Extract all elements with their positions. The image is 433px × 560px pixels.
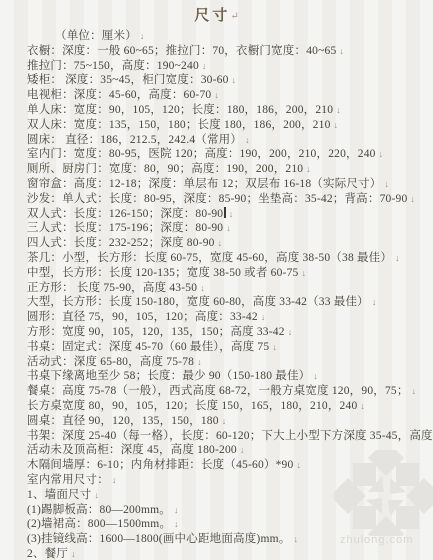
line-break-mark-icon: ↓ bbox=[202, 61, 207, 71]
dimension-line-text: 三人式：长度：175-196；深度：80-90 bbox=[27, 222, 223, 234]
dimension-line: 方形：宽度 90，105，120，135，150；高度 33-42↓ bbox=[27, 325, 433, 340]
document-body: （单位：厘米）↓衣橱：深度：一般 60~65；推拉门：70，衣橱门宽度：40~6… bbox=[27, 29, 433, 560]
dimension-line-text: 书桌：固定式：深度 45-70（60 最佳），高度 75 bbox=[27, 341, 269, 353]
dimension-line: 推拉门：75~150，高度：190~240↓ bbox=[27, 59, 433, 74]
line-break-mark-icon: ↓ bbox=[360, 401, 365, 411]
dimension-line-text: 餐桌：高度 75-78（一般），西式高度 68-72，一般方桌宽度 120，90… bbox=[27, 385, 409, 397]
dimension-line: 圆床： 直径：186，212.5，242.4（常用）↓ bbox=[27, 133, 433, 148]
dimension-line: 室内常用尺寸：↓ bbox=[27, 473, 433, 488]
dimension-line: 双人式：长度：126-150；深度：80-90↓ bbox=[27, 207, 433, 222]
dimension-line-text: 活动式：深度 65-80，高度 75-78 bbox=[27, 356, 194, 368]
dimension-line: 木隔间墙厚：6-10；内角材排距：长度（45-60）*90↓ bbox=[27, 458, 433, 473]
line-break-mark-icon: ↓ bbox=[261, 312, 266, 322]
dimension-line: 圆桌：直径 90，120，135，150，180↓ bbox=[27, 414, 433, 429]
dimension-line: 餐桌：高度 75-78（一般），西式高度 68-72，一般方桌宽度 120，90… bbox=[27, 384, 433, 399]
dimension-line-text: 单人床：宽度：90，105，120；长度：180，186，200，210 bbox=[27, 104, 333, 116]
dimension-line-text: 方形：宽度 90，105，120，135，150；高度 33-42 bbox=[27, 326, 285, 338]
dimension-line-text: 中型，长方形：长度 120-135；宽度 38-50 或者 60-75 bbox=[27, 267, 299, 279]
dimension-line: 活动未及顶高柜：深度 45，高度 180-200↓ bbox=[27, 443, 433, 458]
line-break-mark-icon: ↓ bbox=[306, 164, 311, 174]
dimension-line-text: 双人式：长度：126-150；深度：80-90 bbox=[27, 208, 223, 220]
dimension-line-text: 2、餐厅 bbox=[27, 548, 68, 560]
line-break-mark-icon: ↓ bbox=[229, 209, 234, 219]
dimension-line-text: 茶几：小型，长方形：长度 60-75，宽度 45-60，高度 38-50（38 … bbox=[27, 252, 392, 264]
dimension-line: 四人式：长度：232-252；深度 80-90↓ bbox=[27, 236, 433, 251]
dimension-line-text: 正方形： 长度 75-90，高度 43-50 bbox=[27, 282, 197, 294]
line-break-mark-icon: ↓ bbox=[222, 416, 227, 426]
dimension-line-text: 室内门：宽度：80-95，医院 120；高度：190，200，210，220，2… bbox=[27, 148, 376, 160]
dimension-line-text: (2)墙裙高：800—1500mm。 bbox=[27, 518, 171, 530]
line-break-mark-icon: ↓ bbox=[410, 194, 415, 204]
line-break-mark-icon: ↓ bbox=[218, 238, 223, 248]
dimension-line-text: 活动未及顶高柜：深度 45，高度 180-200 bbox=[27, 444, 237, 456]
dimension-line: 三人式：长度：175-196；深度：80-90↓ bbox=[27, 221, 433, 236]
dimension-line-text: （单位：厘米） bbox=[55, 30, 137, 42]
dimension-line-text: 书架：深度 25-40（每一格），长度：60-120；下大上小型下方深度 35-… bbox=[27, 430, 433, 442]
dimension-line: (3)挂镜线高：1600—1800(画中心距地面高度)mm。↓ bbox=[27, 532, 433, 547]
dimension-line: 沙发：单人式：长度：80-95，深度：85-90；坐垫高：35-42；背高：70… bbox=[27, 192, 433, 207]
line-break-mark-icon: ↓ bbox=[240, 445, 245, 455]
line-break-mark-icon: ↓ bbox=[334, 120, 339, 130]
line-break-mark-icon: ↓ bbox=[112, 475, 117, 485]
dimension-line-text: 厕所、厨房门：宽度：80，90；高度：190，200，210 bbox=[27, 163, 303, 175]
dimension-line: 大型，长方形：长度 150-180，宽度 60-80，高度 33-42（33 最… bbox=[27, 295, 433, 310]
line-break-mark-icon: ↓ bbox=[140, 31, 145, 41]
page-title-text: 尺寸 bbox=[194, 8, 230, 24]
dimension-line-text: 圆床： 直径：186，212.5，242.4（常用） bbox=[27, 134, 242, 146]
line-break-mark-icon: ↓ bbox=[412, 386, 417, 396]
dimension-line: (1)踢脚板高：80—200mm。↓ bbox=[27, 503, 433, 518]
dimension-line: 矮柜： 深度：35~45，柜门宽度：30-60↓ bbox=[27, 73, 433, 88]
dimension-line: 窗帘盒：高度：12-18；深度：单层布 12；双层布 16-18（实际尺寸）↓ bbox=[27, 177, 433, 192]
dimension-line-text: 长方桌宽度 80，90，105，120；长度 150，165，180，210，2… bbox=[27, 400, 357, 412]
dimension-line-text: 1、墙面尺寸 bbox=[27, 489, 91, 501]
line-break-mark-icon: ↓ bbox=[288, 327, 293, 337]
dimension-line: 书桌下缘离地至少 58；长度：最少 90（150-180 最佳）↓ bbox=[27, 369, 433, 384]
line-break-mark-icon: ↓ bbox=[336, 105, 341, 115]
document-page: 尺寸↵ （单位：厘米）↓衣橱：深度：一般 60~65；推拉门：70，衣橱门宽度：… bbox=[0, 0, 433, 560]
line-break-mark-icon: ↓ bbox=[174, 505, 179, 515]
dimension-line-text: 电视柜：深度：45-60，高度：60-70 bbox=[27, 89, 211, 101]
line-break-mark-icon: ↓ bbox=[94, 490, 99, 500]
dimension-line: 茶几：小型，长方形：长度 60-75，宽度 45-60，高度 38-50（38 … bbox=[27, 251, 433, 266]
line-break-mark-icon: ↓ bbox=[293, 534, 298, 544]
text-cursor bbox=[224, 207, 226, 218]
dimension-line-text: 衣橱：深度：一般 60~65；推拉门：70，衣橱门宽度：40~65 bbox=[27, 45, 336, 57]
line-break-mark-icon: ↓ bbox=[200, 283, 205, 293]
dimension-line: 活动式：深度 65-80，高度 75-78↓ bbox=[27, 355, 433, 370]
dimension-line-text: 圆桌：直径 90，120，135，150，180 bbox=[27, 415, 219, 427]
line-break-mark-icon: ↓ bbox=[174, 519, 179, 529]
dimension-line: 双人床：宽度：135，150，180；长度 180，186，200，210↓ bbox=[27, 118, 433, 133]
dimension-line: 正方形： 长度 75-90，高度 43-50↓ bbox=[27, 281, 433, 296]
dimension-line-text: 推拉门：75~150，高度：190~240 bbox=[27, 60, 199, 72]
line-break-mark-icon: ↓ bbox=[395, 253, 400, 263]
dimension-line: 中型，长方形：长度 120-135；宽度 38-50 或者 60-75↓ bbox=[27, 266, 433, 281]
dimension-line: （单位：厘米）↓ bbox=[27, 29, 433, 44]
line-break-mark-icon: ↓ bbox=[197, 357, 202, 367]
dimension-line: 2、餐厅↓ bbox=[27, 547, 433, 560]
paragraph-mark-icon: ↵ bbox=[230, 11, 238, 22]
line-break-mark-icon: ↓ bbox=[302, 268, 307, 278]
line-break-mark-icon: ↓ bbox=[372, 297, 377, 307]
line-break-mark-icon: ↓ bbox=[313, 371, 318, 381]
dimension-line: 1、墙面尺寸↓ bbox=[27, 488, 433, 503]
dimension-line-text: 矮柜： 深度：35~45，柜门宽度：30-60 bbox=[27, 74, 229, 86]
line-break-mark-icon: ↓ bbox=[272, 342, 277, 352]
dimension-line-text: 沙发：单人式：长度：80-95，深度：85-90；坐垫高：35-42；背高：70… bbox=[27, 193, 407, 205]
line-break-mark-icon: ↓ bbox=[71, 549, 76, 559]
dimension-line: 电视柜：深度：45-60，高度：60-70↓ bbox=[27, 88, 433, 103]
dimension-line-text: 圆形：直径 75，90，105，120；高度：33-42 bbox=[27, 311, 258, 323]
dimension-line: 圆形：直径 75，90，105，120；高度：33-42↓ bbox=[27, 310, 433, 325]
line-break-mark-icon: ↓ bbox=[339, 46, 344, 56]
line-break-mark-icon: ↓ bbox=[226, 223, 231, 233]
line-break-mark-icon: ↓ bbox=[214, 90, 219, 100]
dimension-line: 书桌：固定式：深度 45-70（60 最佳），高度 75↓ bbox=[27, 340, 433, 355]
line-break-mark-icon: ↓ bbox=[232, 75, 237, 85]
dimension-line-text: 室内常用尺寸： bbox=[27, 474, 109, 486]
dimension-line: 长方桌宽度 80，90，105，120；长度 150，165，180，210，2… bbox=[27, 399, 433, 414]
dimension-line: 厕所、厨房门：宽度：80，90；高度：190，200，210↓ bbox=[27, 162, 433, 177]
dimension-line: (2)墙裙高：800—1500mm。↓ bbox=[27, 517, 433, 532]
dimension-line: 衣橱：深度：一般 60~65；推拉门：70，衣橱门宽度：40~65↓ bbox=[27, 44, 433, 59]
dimension-line-text: (1)踢脚板高：80—200mm。 bbox=[27, 504, 171, 516]
line-break-mark-icon: ↓ bbox=[296, 460, 301, 470]
dimension-line-text: 木隔间墙厚：6-10；内角材排距：长度（45-60）*90 bbox=[27, 459, 293, 471]
dimension-line-text: 窗帘盒：高度：12-18；深度：单层布 12；双层布 16-18（实际尺寸） bbox=[27, 178, 382, 190]
page-title: 尺寸↵ bbox=[0, 0, 433, 28]
line-break-mark-icon: ↓ bbox=[385, 179, 390, 189]
dimension-line-text: (3)挂镜线高：1600—1800(画中心距地面高度)mm。 bbox=[27, 533, 290, 545]
dimension-line: 单人床：宽度：90，105，120；长度：180，186，200，210↓ bbox=[27, 103, 433, 118]
dimension-line: 书架：深度 25-40（每一格），长度：60-120；下大上小型下方深度 35-… bbox=[27, 429, 433, 444]
line-break-mark-icon: ↓ bbox=[379, 149, 384, 159]
dimension-line-text: 书桌下缘离地至少 58；长度：最少 90（150-180 最佳） bbox=[27, 370, 310, 382]
dimension-line-text: 双人床：宽度：135，150，180；长度 180，186，200，210 bbox=[27, 119, 331, 131]
line-break-mark-icon: ↓ bbox=[245, 135, 250, 145]
dimension-line-text: 大型，长方形：长度 150-180，宽度 60-80，高度 33-42（33 最… bbox=[27, 296, 369, 308]
dimension-line: 室内门：宽度：80-95，医院 120；高度：190，200，210，220，2… bbox=[27, 147, 433, 162]
dimension-line-text: 四人式：长度：232-252；深度 80-90 bbox=[27, 237, 215, 249]
